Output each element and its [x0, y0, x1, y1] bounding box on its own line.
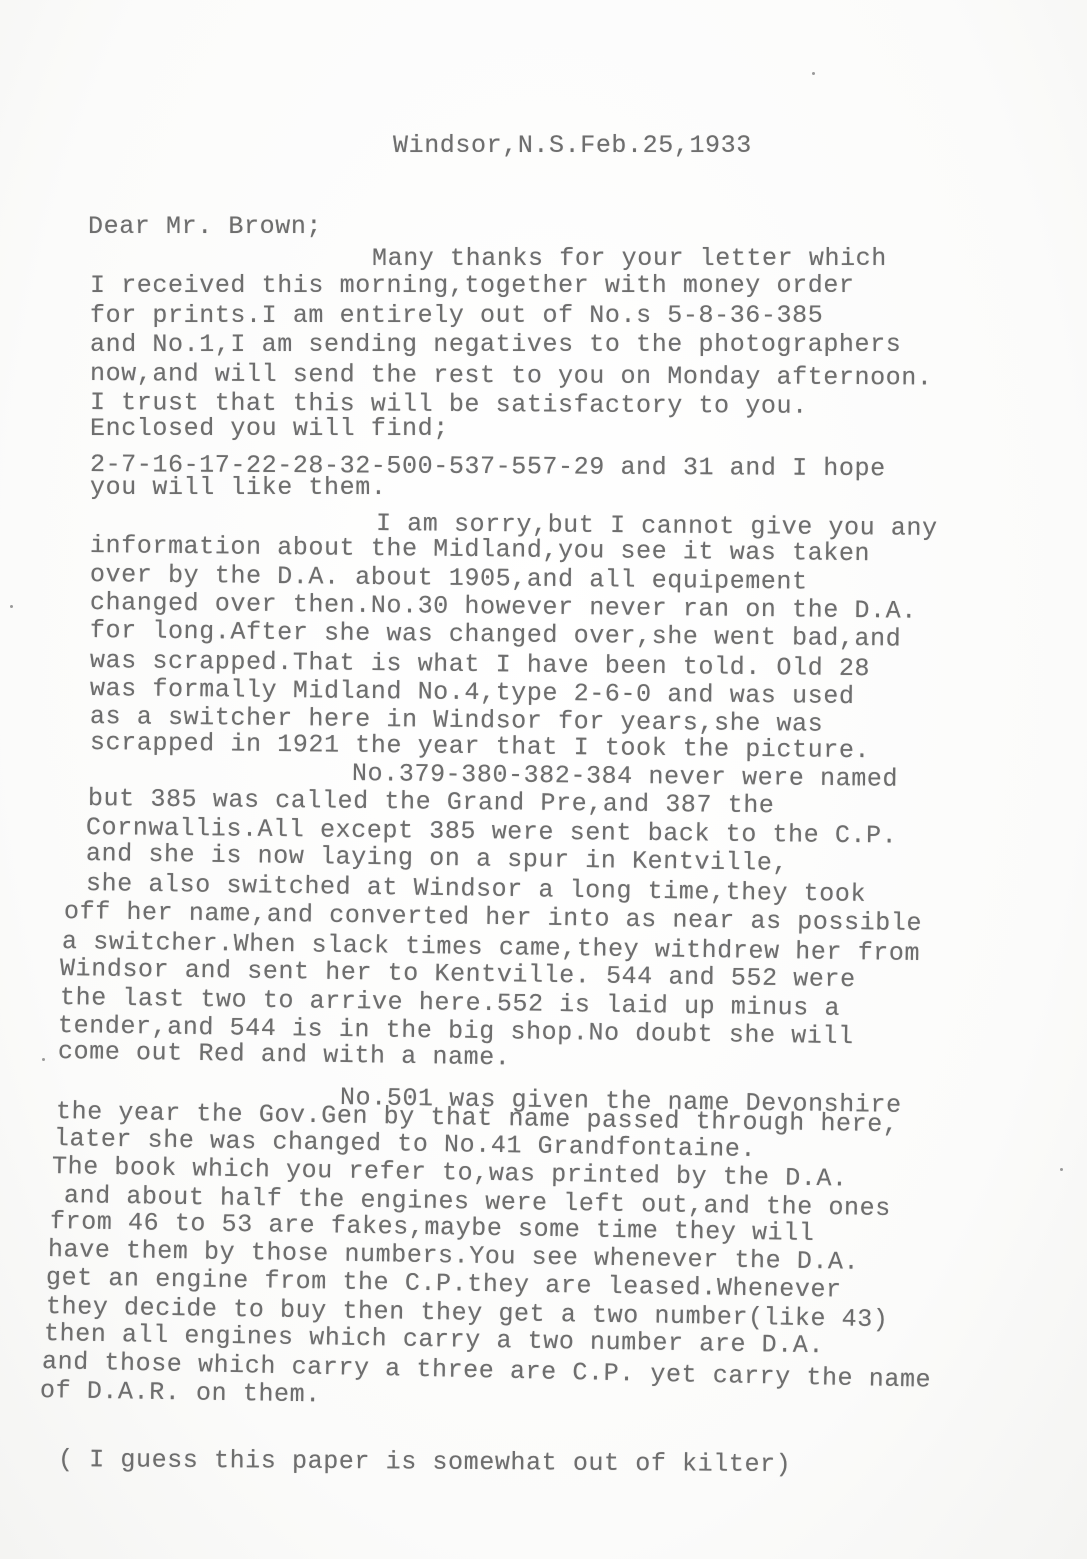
letter-line: come out Red and with a name. [58, 1038, 511, 1072]
paper-speck [1060, 1168, 1063, 1171]
postscript: ( I guess this paper is somewhat out of … [58, 1446, 792, 1479]
paper-speck [42, 1058, 45, 1061]
letter-line: I received this morning,together with mo… [90, 272, 855, 300]
letter-line: and No.1,I am sending negatives to the p… [90, 331, 901, 359]
salutation: Dear Mr. Brown; [88, 213, 322, 241]
letter-line: Many thanks for your letter which [372, 245, 887, 273]
dateline: Windsor,N.S.Feb.25,1933 [393, 132, 752, 160]
letter-line: Enclosed you will find; [90, 415, 449, 443]
letter-line: for prints.I am entirely out of No.s 5-8… [90, 302, 823, 330]
letter-line: now,and will send the rest to you on Mon… [90, 360, 933, 392]
paper-speck [10, 605, 13, 608]
letter-page: Windsor,N.S.Feb.25,1933 Dear Mr. Brown; … [0, 0, 1087, 1559]
letter-line: you will like them. [90, 474, 386, 502]
paper-speck [812, 72, 815, 75]
letter-line: of D.A.R. on them. [40, 1377, 321, 1409]
